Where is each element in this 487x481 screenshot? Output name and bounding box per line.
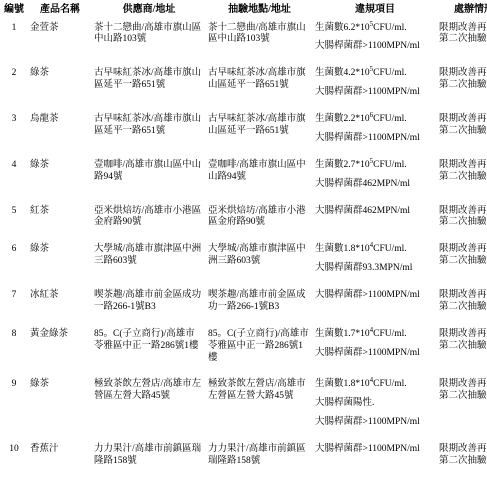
cell-sampling-address: 茶十二戀曲/高雄市旗山區中山路103號 bbox=[206, 21, 313, 67]
violation-unit: CFU/ml. bbox=[373, 160, 407, 170]
violation-text: 生菌數1.7*10 bbox=[315, 329, 370, 339]
cell-handling-status: 限期改善再進行第二次抽驗 bbox=[437, 442, 487, 481]
cell-handling-status: 限期改善再進行第二次抽驗 bbox=[437, 288, 487, 327]
cell-supplier-address: 茶十二戀曲/高雄市旗山區中山路103號 bbox=[92, 21, 206, 67]
cell-handling-status: 限期改善再進行第二次抽驗 bbox=[437, 204, 487, 243]
cell-row-number: 4 bbox=[0, 158, 28, 204]
violation-text: 大腸桿菌群93.3MPN/ml bbox=[315, 263, 412, 273]
violation-text: 大腸桿菌群>1100MPN/ml bbox=[315, 87, 420, 97]
cell-violations: 生菌數1.8*104CFU/ml. 大腸桿菌群93.3MPN/ml bbox=[313, 242, 437, 288]
violation-line: 生菌數2.2*106CFU/ml. bbox=[315, 114, 435, 126]
violation-unit: CFU/ml. bbox=[373, 114, 407, 124]
cell-row-number: 9 bbox=[0, 377, 28, 442]
table-row: 6 綠茶 大學城/高雄市旗津區中洲三路603號 大學城/高雄市旗津區中洲三路60… bbox=[0, 242, 487, 288]
cell-supplier-address: 極致茶飲左營店/高雄市左營區左營大路45號 bbox=[92, 377, 206, 442]
violation-line: 大腸桿菌群462MPN/ml bbox=[315, 179, 435, 191]
violation-text: 大腸桿菌群>1100MPN/ml bbox=[315, 417, 420, 427]
cell-violations: 生菌數1.7*104CFU/ml. 大腸桿菌群>1100MPN/ml bbox=[313, 327, 437, 378]
table-row: 2 綠茶 古早味紅茶冰/高雄市旗山區延平一路651號 古早味紅茶冰/高雄市旗山區… bbox=[0, 66, 487, 112]
violation-line: 生菌數6.2*105CFU/ml. bbox=[315, 23, 435, 35]
cell-sampling-address: 極致茶飲左營店/高雄市左營區左營大路45號 bbox=[206, 377, 313, 442]
cell-product-name: 香蕉汁 bbox=[28, 442, 92, 481]
violation-line: 大腸桿菌群>1100MPN/ml bbox=[315, 87, 435, 99]
cell-violations: 大腸桿菌群>1100MPN/ml bbox=[313, 442, 437, 481]
violation-text: 生菌數4.2*10 bbox=[315, 68, 370, 78]
cell-product-name: 紅茶 bbox=[28, 204, 92, 243]
violation-line: 大腸桿菌群462MPN/ml bbox=[315, 206, 435, 218]
cell-supplier-address: 85。C(子立商行)/高雄市苓雅區中正一路286號1樓 bbox=[92, 327, 206, 378]
violation-unit: CFU/ml. bbox=[373, 329, 407, 339]
table-row: 7 冰紅茶 喫茶趣/高雄市前金區成功一路266-1號B3 喫茶趣/高雄市前金區成… bbox=[0, 288, 487, 327]
violation-text: 大腸桿菌群>1100MPN/ml bbox=[315, 444, 420, 454]
cell-product-name: 綠茶 bbox=[28, 66, 92, 112]
cell-handling-status: 限期改善再進行第二次抽驗 bbox=[437, 327, 487, 378]
header-product-name: 產品名稱 bbox=[28, 2, 92, 21]
cell-product-name: 金萱茶 bbox=[28, 21, 92, 67]
cell-sampling-address: 85。C(子立商行)/高雄市苓雅區中正一路286號1樓 bbox=[206, 327, 313, 378]
cell-violations: 大腸桿菌群>1100MPN/ml bbox=[313, 288, 437, 327]
header-row: 編號 產品名稱 供應商/地址 抽驗地點/地址 違規項目 處辦情形 bbox=[0, 2, 487, 21]
violation-line: 生菌數4.2*105CFU/ml. bbox=[315, 68, 435, 80]
violation-text: 大腸桿菌群>1100MPN/ml bbox=[315, 348, 420, 358]
table-row: 4 綠茶 壹咖啡/高雄市旗山區中山路94號 壹咖啡/高雄市旗山區中山路94號 生… bbox=[0, 158, 487, 204]
violation-line: 大腸桿菌群>1100MPN/ml bbox=[315, 348, 435, 360]
cell-sampling-address: 古早味紅茶冰/高雄市旗山區延平一路651號 bbox=[206, 66, 313, 112]
violation-line: 大腸桿菌群>1100MPN/ml bbox=[315, 290, 435, 302]
table-row: 8 黃金綠茶 85。C(子立商行)/高雄市苓雅區中正一路286號1樓 85。C(… bbox=[0, 327, 487, 378]
cell-sampling-address: 喫茶趣/高雄市前金區成功一路266-1號B3 bbox=[206, 288, 313, 327]
cell-sampling-address: 亞米烘焙坊/高雄市小港區金府路90號 bbox=[206, 204, 313, 243]
cell-supplier-address: 喫茶趣/高雄市前金區成功一路266-1號B3 bbox=[92, 288, 206, 327]
violation-line: 生菌數1.7*104CFU/ml. bbox=[315, 329, 435, 341]
violation-text: 生菌數1.8*10 bbox=[315, 379, 370, 389]
cell-handling-status: 限期改善再進行第二次抽驗 bbox=[437, 66, 487, 112]
violation-unit: CFU/ml. bbox=[373, 244, 407, 254]
cell-violations: 大腸桿菌群462MPN/ml bbox=[313, 204, 437, 243]
cell-supplier-address: 亞米烘焙坊/高雄市小港區金府路90號 bbox=[92, 204, 206, 243]
cell-sampling-address: 力力果汁/高雄市前鎮區瑞隆路158號 bbox=[206, 442, 313, 481]
violation-line: 生菌數1.8*104CFU/ml. bbox=[315, 379, 435, 391]
cell-handling-status: 限期改善再進行第二次抽驗 bbox=[437, 112, 487, 158]
violation-line: 大腸桿菌群>1100MPN/ml bbox=[315, 444, 435, 456]
cell-sampling-address: 古早味紅茶冰/高雄市旗山區延平一路651號 bbox=[206, 112, 313, 158]
cell-row-number: 1 bbox=[0, 21, 28, 67]
cell-product-name: 冰紅茶 bbox=[28, 288, 92, 327]
cell-row-number: 3 bbox=[0, 112, 28, 158]
cell-supplier-address: 壹咖啡/高雄市旗山區中山路94號 bbox=[92, 158, 206, 204]
table-row: 5 紅茶 亞米烘焙坊/高雄市小港區金府路90號 亞米烘焙坊/高雄市小港區金府路9… bbox=[0, 204, 487, 243]
violation-text: 大腸桿菌陽性. bbox=[315, 398, 374, 408]
cell-supplier-address: 古早味紅茶冰/高雄市旗山區延平一路651號 bbox=[92, 66, 206, 112]
violation-unit: CFU/ml. bbox=[373, 379, 407, 389]
violation-text: 大腸桿菌群>1100MPN/ml bbox=[315, 41, 420, 51]
header-sampling-address: 抽驗地點/地址 bbox=[206, 2, 313, 21]
inspection-report-table: 編號 產品名稱 供應商/地址 抽驗地點/地址 違規項目 處辦情形 1 金萱茶 茶… bbox=[0, 2, 487, 481]
violation-text: 大腸桿菌群>1100MPN/ml bbox=[315, 290, 420, 300]
violation-text: 大腸桿菌群462MPN/ml bbox=[315, 206, 410, 216]
cell-handling-status: 限期改善再進行第二次抽驗 bbox=[437, 377, 487, 442]
violation-line: 生菌數1.8*104CFU/ml. bbox=[315, 244, 435, 256]
cell-supplier-address: 力力果汁/高雄市前鎮區瑞隆路158號 bbox=[92, 442, 206, 481]
cell-product-name: 綠茶 bbox=[28, 242, 92, 288]
cell-product-name: 綠茶 bbox=[28, 377, 92, 442]
cell-violations: 生菌數6.2*105CFU/ml. 大腸桿菌群>1100MPN/ml bbox=[313, 21, 437, 67]
violation-line: 大腸桿菌群>1100MPN/ml bbox=[315, 41, 435, 53]
table-row: 10 香蕉汁 力力果汁/高雄市前鎮區瑞隆路158號 力力果汁/高雄市前鎮區瑞隆路… bbox=[0, 442, 487, 481]
cell-sampling-address: 壹咖啡/高雄市旗山區中山路94號 bbox=[206, 158, 313, 204]
header-handling-status: 處辦情形 bbox=[437, 2, 487, 21]
cell-row-number: 10 bbox=[0, 442, 28, 481]
table-row: 9 綠茶 極致茶飲左營店/高雄市左營區左營大路45號 極致茶飲左營店/高雄市左營… bbox=[0, 377, 487, 442]
violation-text: 生菌數6.2*10 bbox=[315, 23, 370, 33]
violation-text: 生菌數1.8*10 bbox=[315, 244, 370, 254]
cell-supplier-address: 古早味紅茶冰/高雄市旗山區延平一路651號 bbox=[92, 112, 206, 158]
violation-line: 大腸桿菌群93.3MPN/ml bbox=[315, 263, 435, 275]
cell-row-number: 6 bbox=[0, 242, 28, 288]
cell-row-number: 2 bbox=[0, 66, 28, 112]
violation-line: 大腸桿菌群>1100MPN/ml bbox=[315, 133, 435, 145]
cell-violations: 生菌數1.8*104CFU/ml. 大腸桿菌陽性. 大腸桿菌群>1100MPN/… bbox=[313, 377, 437, 442]
cell-handling-status: 限期改善再進行第二次抽驗 bbox=[437, 242, 487, 288]
cell-product-name: 黃金綠茶 bbox=[28, 327, 92, 378]
header-number: 編號 bbox=[0, 2, 28, 21]
cell-row-number: 7 bbox=[0, 288, 28, 327]
violation-line: 大腸桿菌陽性. bbox=[315, 398, 435, 410]
violation-text: 大腸桿菌群462MPN/ml bbox=[315, 179, 410, 189]
violation-line: 大腸桿菌群>1100MPN/ml bbox=[315, 417, 435, 429]
violation-text: 生菌數2.7*10 bbox=[315, 160, 370, 170]
header-violation-items: 違規項目 bbox=[313, 2, 437, 21]
cell-violations: 生菌數2.2*106CFU/ml. 大腸桿菌群>1100MPN/ml bbox=[313, 112, 437, 158]
header-supplier-address: 供應商/地址 bbox=[92, 2, 206, 21]
table-row: 3 烏龍茶 古早味紅茶冰/高雄市旗山區延平一路651號 古早味紅茶冰/高雄市旗山… bbox=[0, 112, 487, 158]
violation-unit: CFU/ml. bbox=[373, 68, 407, 78]
violation-text: 大腸桿菌群>1100MPN/ml bbox=[315, 133, 420, 143]
table-row: 1 金萱茶 茶十二戀曲/高雄市旗山區中山路103號 茶十二戀曲/高雄市旗山區中山… bbox=[0, 21, 487, 67]
cell-violations: 生菌數4.2*105CFU/ml. 大腸桿菌群>1100MPN/ml bbox=[313, 66, 437, 112]
violation-text: 生菌數2.2*10 bbox=[315, 114, 370, 124]
cell-row-number: 5 bbox=[0, 204, 28, 243]
cell-handling-status: 限期改善再進行第二次抽驗 bbox=[437, 21, 487, 67]
violation-line: 生菌數2.7*105CFU/ml. bbox=[315, 160, 435, 172]
cell-sampling-address: 大學城/高雄市旗津區中洲三路603號 bbox=[206, 242, 313, 288]
cell-handling-status: 限期改善再進行第二次抽驗 bbox=[437, 158, 487, 204]
cell-product-name: 綠茶 bbox=[28, 158, 92, 204]
cell-supplier-address: 大學城/高雄市旗津區中洲三路603號 bbox=[92, 242, 206, 288]
cell-violations: 生菌數2.7*105CFU/ml. 大腸桿菌群462MPN/ml bbox=[313, 158, 437, 204]
cell-product-name: 烏龍茶 bbox=[28, 112, 92, 158]
violation-unit: CFU/ml. bbox=[373, 23, 407, 33]
cell-row-number: 8 bbox=[0, 327, 28, 378]
